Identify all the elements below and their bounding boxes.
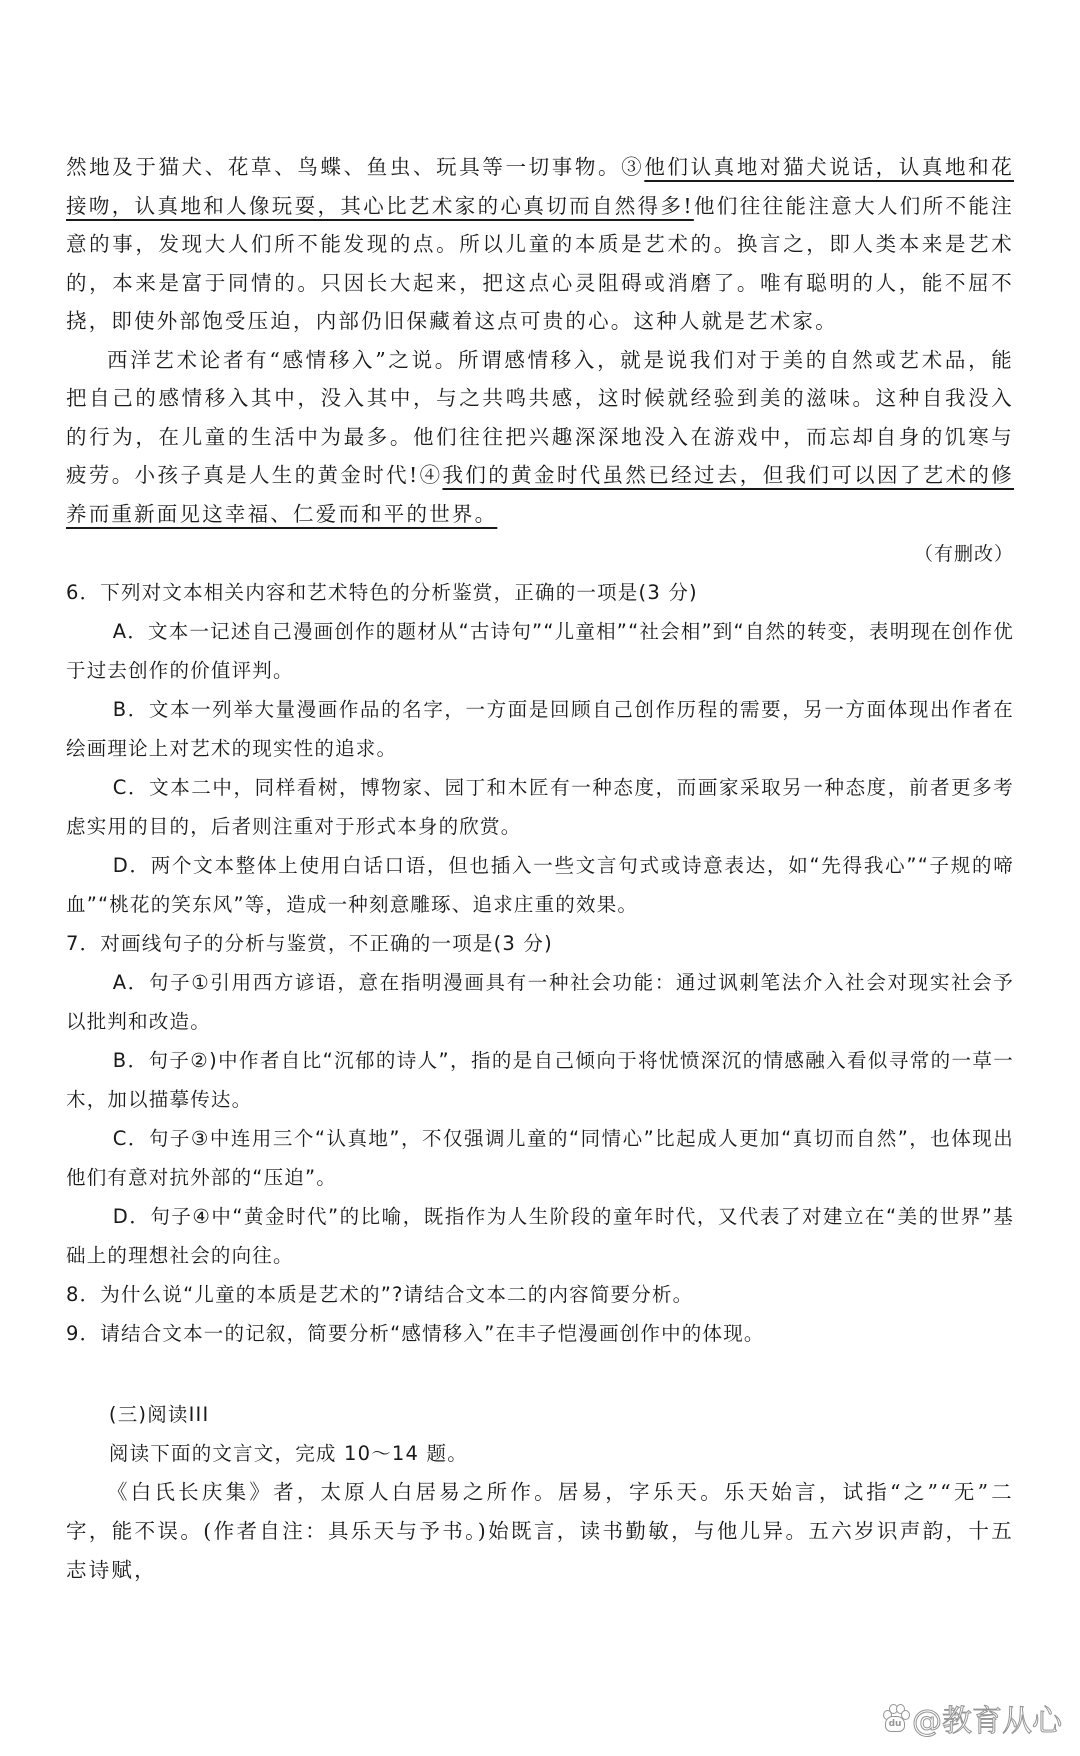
- question-6-option-d: D．两个文本整体上使用白话口语，但也插入一些文言句式或诗意表达，如“先得我心”“…: [66, 846, 1014, 924]
- watermark: du @教育从心: [880, 1696, 1080, 1740]
- question-6-option-b: B．文本一列举大量漫画作品的名字，一方面是回顾自己创作历程的需要，另一方面体现出…: [66, 690, 1014, 768]
- question-6-option-c: C．文本二中，同样看树，博物家、园丁和木匠有一种态度，而画家采取另一种态度，前者…: [66, 768, 1014, 846]
- section-reading-III: (三)阅读III 阅读下面的文言文，完成 10～14 题。 《白氏长庆集》者，太…: [66, 1395, 1014, 1590]
- question-7-stem: 7．对画线句子的分析与鉴赏，不正确的一项是(3 分): [66, 924, 1014, 963]
- question-7-option-c: C．句子③中连用三个“认真地”，不仅强调儿童的“同情心”比起成人更加“真切而自然…: [66, 1119, 1014, 1197]
- classical-text: 《白氏长庆集》者，太原人白居易之所作。居易，字乐天。乐天始言，试指“之”“无”二…: [66, 1473, 1014, 1590]
- reading-passage: 然地及于猫犬、花草、鸟蝶、鱼虫、玩具等一切事物。③他们认真地对猫犬说话，认真地和…: [66, 148, 1014, 533]
- classical-chinese-passage: 《白氏长庆集》者，太原人白居易之所作。居易，字乐天。乐天始言，试指“之”“无”二…: [66, 1473, 1014, 1590]
- question-7-option-b: B．句子②)中作者自比“沉郁的诗人”，指的是自己倾向于将忧愤深沉的情感融入看似寻…: [66, 1041, 1014, 1119]
- passage-paragraph-1: 然地及于猫犬、花草、鸟蝶、鱼虫、玩具等一切事物。③他们认真地对猫犬说话，认真地和…: [66, 148, 1014, 341]
- question-7-option-d: D．句子④中“黄金时代”的比喻，既指作为人生阶段的童年时代，又代表了对建立在“美…: [66, 1197, 1014, 1275]
- exam-page: 然地及于猫犬、花草、鸟蝶、鱼虫、玩具等一切事物。③他们认真地对猫犬说话，认真地和…: [66, 148, 1014, 1590]
- passage-paragraph-2: 西洋艺术论者有“感情移入”之说。所谓感情移入，就是说我们对于美的自然或艺术品，能…: [66, 341, 1014, 534]
- watermark-text: @教育从心: [912, 1696, 1062, 1740]
- section-title: (三)阅读III: [66, 1395, 1014, 1434]
- passage-text: 然地及于猫犬、花草、鸟蝶、鱼虫、玩具等一切事物。③: [66, 155, 644, 179]
- question-7-option-a: A．句子①引用西方谚语，意在指明漫画具有一种社会功能：通过讽刺笔法介入社会对现实…: [66, 963, 1014, 1041]
- question-6-stem: 6．下列对文本相关内容和艺术特色的分析鉴赏，正确的一项是(3 分): [66, 573, 1014, 612]
- question-6-option-a: A．文本一记述自己漫画创作的题材从“古诗句”“儿童相”“社会相”到“自然的转变，…: [66, 612, 1014, 690]
- question-8-stem: 8．为什么说“儿童的本质是艺术的”?请结合文本二的内容简要分析。: [66, 1275, 1014, 1314]
- baidu-paw-icon: du: [880, 1704, 908, 1732]
- source-note: （有删改）: [66, 535, 1014, 573]
- section-instruction: 阅读下面的文言文，完成 10～14 题。: [66, 1434, 1014, 1473]
- question-9-stem: 9．请结合文本一的记叙，简要分析“感情移入”在丰子恺漫画创作中的体现。: [66, 1314, 1014, 1353]
- question-list: 6．下列对文本相关内容和艺术特色的分析鉴赏，正确的一项是(3 分) A．文本一记…: [66, 573, 1014, 1353]
